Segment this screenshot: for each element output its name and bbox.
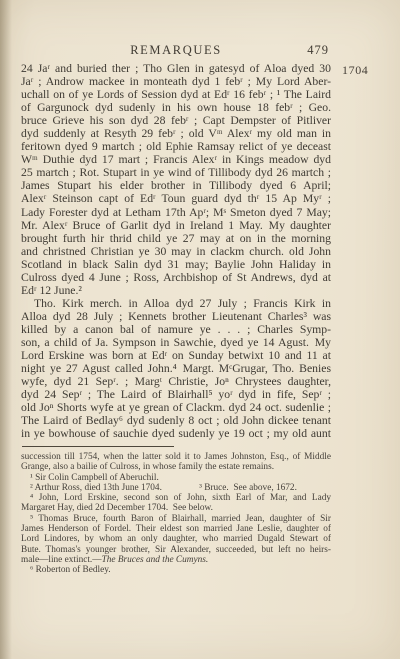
text-line: old Joⁿ Shorts wyfe at ye grean of Clack… — [21, 401, 331, 414]
text-line: and christned Christian ye 30 may in cla… — [21, 245, 331, 258]
text-line: 25 martch ; Rot. Stupart in ye wind of T… — [21, 166, 331, 179]
text-line: Lord Lindores, by whom an only daughter,… — [21, 534, 331, 544]
page-edge-shadow — [0, 0, 12, 659]
text-line: Scotland in black Salin dyd 31 may; Bayl… — [21, 258, 331, 271]
text-line: succession till 1754, when the latter so… — [21, 452, 331, 462]
text-line: Edʳ 12 June.² — [21, 284, 331, 297]
text-line: feritown dyed 9 martch ; old Ephie Ramsa… — [21, 140, 331, 153]
text-line: ¹ Sir Colin Campbell of Aberuchil. — [21, 473, 331, 483]
text-line: ⁶ Roberton of Bedley. — [21, 565, 331, 575]
text-line: bruce Grieve his son dyd 28 febʳ ; Capt … — [21, 114, 331, 127]
margin-year-note: 1704 — [342, 63, 368, 78]
footnote-rule — [22, 446, 174, 447]
book-page: REMARQUES 479 1704 24 Jaʳ and buried the… — [0, 0, 400, 659]
text-line: ⁴ John, Lord Erskine, second son of John… — [21, 493, 331, 503]
text-line: ⁵ Thomas Bruce, fourth Baron of Blairhal… — [21, 514, 331, 524]
text-line: The Laird of Bedlay⁶ dyd sudenly 8 oct ;… — [21, 414, 331, 427]
text-line: wyfe, dyd 21 Sepʳ. ; Margᵗ Christie, Joⁿ… — [21, 375, 331, 388]
text-line: uchall on of ye Lords of Session dyd at … — [21, 88, 331, 101]
text-line: Alloa dyd 28 July ; Kennets brother Lieu… — [21, 310, 331, 323]
text-line: Alexʳ Steinson capt of Edʳ Toun guard dy… — [21, 192, 331, 205]
main-text: 24 Jaʳ and buried ther ; Tho Glen in gat… — [21, 62, 331, 440]
text-line: dyd suddenly at Resyth 29 febʳ ; old Vᵐ … — [21, 127, 331, 140]
text-line: dyd 24 Sepʳ ; The Laird of Blairhall⁵ yo… — [21, 388, 331, 401]
text-line: Lady Forester dyd at Letham 17th Apʳ; Mˢ… — [21, 206, 331, 219]
text-line: night ye 27 Agust called John.⁴ Margt. M… — [21, 362, 331, 375]
text-line: Jaʳ ; Androw mackee in monteath dyd 1 fe… — [21, 75, 331, 88]
text-line: Lord Erskine was born at Edʳ on Sunday b… — [21, 349, 331, 362]
italic-citation: The Bruces and the Cumyns. — [102, 555, 209, 565]
text-line: brought furth hir thrid child ye 27 may … — [21, 232, 331, 245]
text-line: killed by a canon bal of namure ye . . .… — [21, 323, 331, 336]
text-line: ² Arthur Ross, died 13th June 1704. ³ Br… — [21, 483, 331, 493]
text-line: Wᵐ Duthie dyd 17 mart ; Francis Alexʳ in… — [21, 153, 331, 166]
text-line: Grange, also a bailie of Culross, in who… — [21, 462, 331, 472]
text-line: Margaret Hay, died 2d December 1704. See… — [21, 503, 331, 513]
text-line: male—line extinct.—The Bruces and the Cu… — [21, 555, 331, 565]
footnotes: succession till 1754, when the latter so… — [21, 452, 331, 576]
text-line: in ye bowhouse of sauchie dyed sudenly y… — [21, 427, 331, 440]
text-line: James Henderson of Fordel. Their eldest … — [21, 524, 331, 534]
text-line: Culross dyed 4 June ; Ross, Archbishop o… — [21, 271, 331, 284]
page-number: 479 — [307, 43, 329, 58]
text-line: James Stupart his elder brother in Tilli… — [21, 179, 331, 192]
page-header: REMARQUES 479 — [21, 43, 331, 59]
text-line: Mr. Alexʳ Bruce of Garlit dyd in Ireland… — [21, 219, 331, 232]
text-line: son, a child of Ja. Sympson in Sawchie, … — [21, 336, 331, 349]
text-line: Tho. Kirk merch. in Alloa dyd 27 July ; … — [21, 297, 331, 310]
text-line: 24 Jaʳ and buried ther ; Tho Glen in gat… — [21, 62, 331, 75]
text-line: of Gargunock dyd sudenly in his own hous… — [21, 101, 331, 114]
text-line: Bute. Thomas's younger brother, Sir Alex… — [21, 545, 331, 555]
running-title: REMARQUES — [21, 43, 331, 58]
